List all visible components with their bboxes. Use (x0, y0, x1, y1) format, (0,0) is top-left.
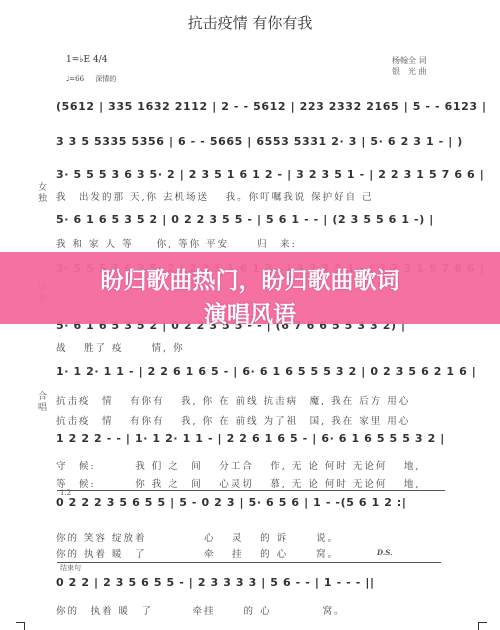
expression-marking: 深情的 (95, 75, 116, 83)
ds-marker: D.S. (377, 548, 393, 557)
tempo-value: ♩=66 (66, 75, 84, 83)
lyrics-chorus-1b: 抗击疫 情 有你有 我, 你 在 前线 为了祖 国, 我在 家里 用心 (56, 413, 410, 427)
ending-label: 结束句 (60, 563, 81, 573)
ending-bracket (57, 562, 441, 563)
banner-title: 盼归歌曲热门，盼归歌曲歌词 演唱风语 (0, 264, 500, 332)
score-row-intro-2: 3 3 5 5335 5356 | 6 - - 5665 | 6553 5331… (56, 135, 450, 148)
lyrics-chorus-3b: 你的 执着 暖 了 牵 挂 的 心 窝。 (56, 546, 339, 560)
score-row-verse-1: 3· 5 5 5 3 6 3 5· 2 | 2 3 5 1 6 1 2 - | … (56, 168, 450, 181)
score-row-final: 0 2 2 | 2 3 5 6 5 5 - | 2 3 3 3 3 | 5 6 … (56, 576, 450, 589)
score-row-intro-1: (5612 | 335 1632 2112 | 2 - - 5612 | 223… (56, 100, 450, 113)
lyrics-verse-4: 战 胜了 疫 情, 你 (56, 340, 185, 354)
female-solo-label: 女独 (38, 183, 48, 205)
score-row-chorus-1: 1· 1 2· 1 1 - | 2 2 6 1 6 5 - | 6· 6 1 6… (56, 365, 450, 378)
score-row-verse-2: 5· 6 1 6 5 3 5 2 | 0 2 2 3 5 5 - | 5 6 1… (56, 213, 450, 226)
score-row-chorus-3: 0 2 2 2 3 5 6 5 5 | 5 - 0 2 3 | 5· 6 5 6… (56, 496, 450, 509)
lyricist: 杨翰全 词 (392, 55, 427, 66)
volta-bracket (57, 490, 445, 491)
key-signature: 1=♭E 4/4 (66, 55, 107, 65)
lyrics-verse-2: 我 和 家 人 等 你, 等你 平安 归 来: (56, 236, 297, 250)
score-row-chorus-2: 1 2 2 2 - - | 1· 1 2· 1 1 - | 2 2 6 1 6 … (56, 432, 450, 445)
lyrics-verse-1: 我 出发的那 天,你 去机场送 我。你叮嘱我说 保护好自 己 (56, 189, 374, 203)
lyrics-chorus-3a: 你的 笑容 绽放着 心 灵 的 诉 说。 (56, 530, 339, 544)
banner-title-line-1: 盼归歌曲热门，盼归歌曲歌词 (0, 264, 500, 298)
chorus-label: 合唱 (38, 392, 48, 414)
tempo-marking: ♩=66 深情的 (66, 74, 116, 84)
lyrics-final: 你的 执着 暖 了 牵挂 的 心 窝。 (56, 603, 346, 617)
lyrics-chorus-2a: 守 候: 我 们 之 间 分工合 作, 无 论 何时 无论何 地, (56, 458, 420, 472)
corner-mark-right (478, 622, 487, 630)
lyrics-chorus-2b: 等 候: 你 我 之 间 心灵切 慕, 无 论 何时 无论何 地, (56, 476, 420, 490)
lyrics-chorus-1a: 抗击疫 情 有你有 我, 你 在 前线 抗击病 魔, 我在 后方 用心 (56, 393, 410, 407)
credits: 杨翰全 词 银 光 曲 (392, 55, 427, 77)
corner-mark-left (16, 622, 25, 630)
banner-title-line-2: 演唱风语 (0, 298, 500, 332)
composer: 银 光 曲 (392, 66, 427, 77)
page-title: 抗击疫情 有你有我 (0, 12, 500, 33)
